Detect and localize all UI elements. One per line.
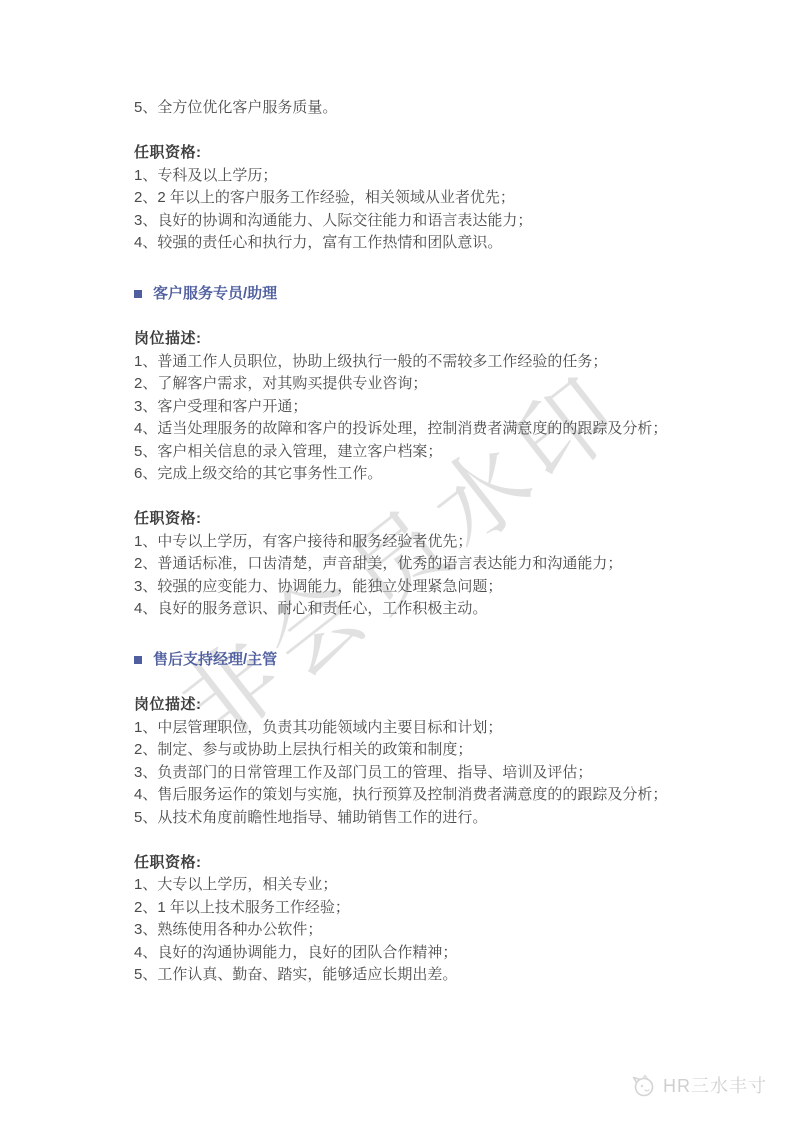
list-item: 4、售后服务运作的策划与实施，执行预算及控制消费者满意度的的跟踪及分析； — [134, 784, 733, 807]
section-title-text: 售后支持经理/主管 — [153, 649, 277, 672]
list-item: 4、较强的责任心和执行力，富有工作热情和团队意识。 — [134, 232, 733, 255]
list-item: 3、较强的应变能力、协调能力，能独立处理紧急问题； — [134, 576, 733, 599]
section-title-text: 客户服务专员/助理 — [153, 283, 277, 306]
job-description-label: 岗位描述: — [134, 328, 733, 351]
list-item: 4、良好的沟通协调能力，良好的团队合作精神； — [134, 942, 733, 965]
article-content: 5、全方位优化客户服务质量。 任职资格: 1、专科及以上学历； 2、2 年以上的… — [0, 0, 793, 987]
list-item: 2、1 年以上技术服务工作经验； — [134, 897, 733, 920]
list-item: 4、良好的服务意识、耐心和责任心，工作积极主动。 — [134, 598, 733, 621]
qualifications-label: 任职资格: — [134, 142, 733, 165]
qualifications-label: 任职资格: — [134, 508, 733, 531]
list-item: 5、从技术角度前瞻性地指导、辅助销售工作的进行。 — [134, 807, 733, 830]
list-item: 1、专科及以上学历； — [134, 165, 733, 188]
section-title-aftersales-support-manager: 售后支持经理/主管 — [134, 649, 733, 672]
brand-name-text: HR三水丰寸 — [663, 1072, 767, 1098]
section-bullet-icon — [134, 656, 142, 664]
list-item: 5、客户相关信息的录入管理，建立客户档案； — [134, 441, 733, 464]
brand-footer: HR三水丰寸 — [629, 1071, 767, 1099]
list-item: 1、中层管理职位，负责其功能领域内主要目标和计划； — [134, 717, 733, 740]
section-title-customer-service-specialist: 客户服务专员/助理 — [134, 283, 733, 306]
list-item: 5、全方位优化客户服务质量。 — [134, 97, 733, 120]
job-description-label: 岗位描述: — [134, 694, 733, 717]
list-item: 2、普通话标准，口齿清楚，声音甜美，优秀的语言表达能力和沟通能力； — [134, 553, 733, 576]
qualifications-label: 任职资格: — [134, 852, 733, 875]
list-item: 2、制定、参与或协助上层执行相关的政策和制度； — [134, 739, 733, 762]
section-bullet-icon — [134, 290, 142, 298]
list-item: 2、了解客户需求，对其购买提供专业咨询； — [134, 373, 733, 396]
list-item: 3、客户受理和客户开通； — [134, 396, 733, 419]
article-page: 非会员水印 5、全方位优化客户服务质量。 任职资格: 1、专科及以上学历； 2、… — [0, 0, 793, 1122]
list-item: 3、熟练使用各种办公软件； — [134, 919, 733, 942]
list-item: 1、大专以上学历，相关专业； — [134, 874, 733, 897]
list-item: 6、完成上级交给的其它事务性工作。 — [134, 463, 733, 486]
list-item: 5、工作认真、勤奋、踏实，能够适应长期出差。 — [134, 964, 733, 987]
list-item: 3、负责部门的日常管理工作及部门员工的管理、指导、培训及评估； — [134, 762, 733, 785]
list-item: 4、适当处理服务的故障和客户的投诉处理，控制消费者满意度的的跟踪及分析； — [134, 418, 733, 441]
cat-doodle-logo-icon — [629, 1071, 657, 1099]
list-item: 1、普通工作人员职位，协助上级执行一般的不需较多工作经验的任务； — [134, 351, 733, 374]
list-item: 2、2 年以上的客户服务工作经验，相关领域从业者优先； — [134, 187, 733, 210]
list-item: 1、中专以上学历，有客户接待和服务经验者优先； — [134, 531, 733, 554]
list-item: 3、良好的协调和沟通能力、人际交往能力和语言表达能力； — [134, 210, 733, 233]
